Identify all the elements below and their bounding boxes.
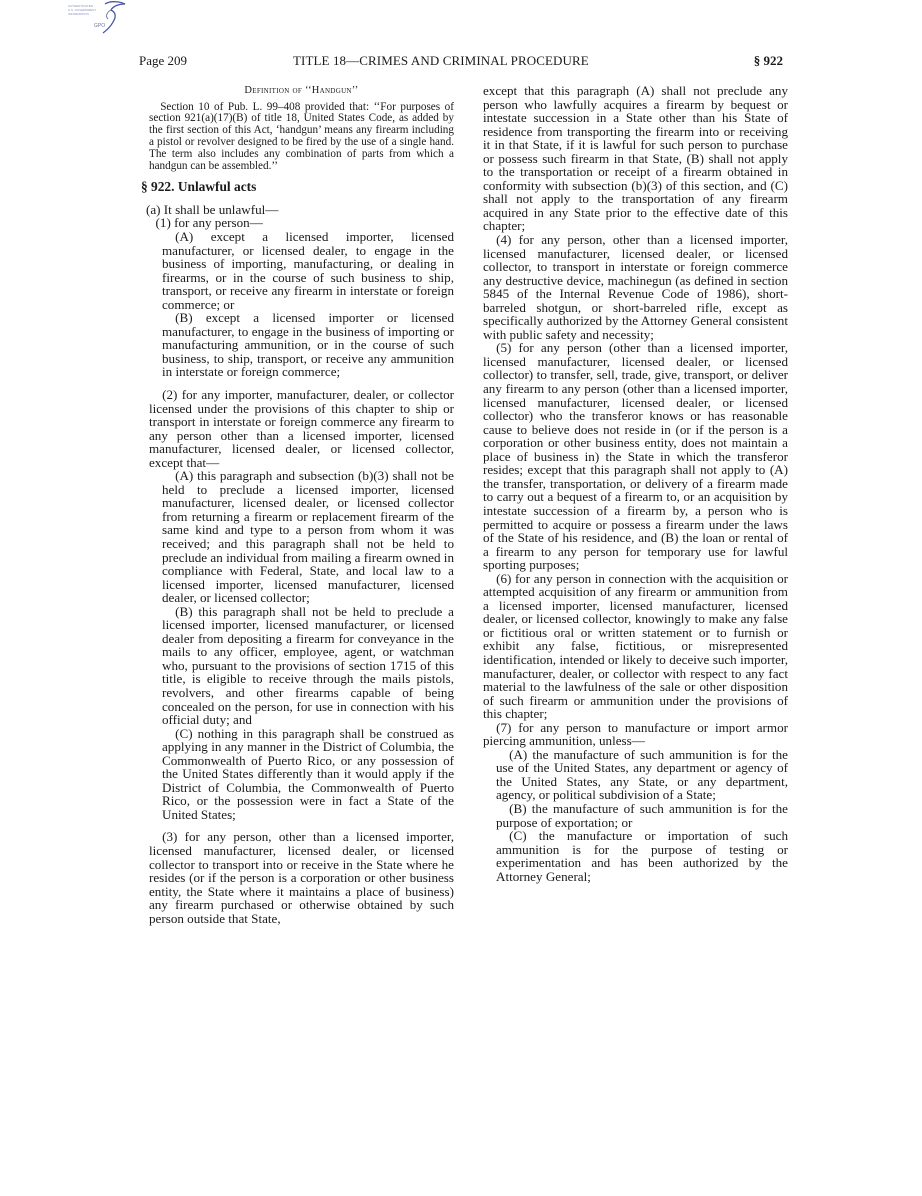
paragraph-2-C: (C) nothing in this paragraph shall be c… (162, 727, 454, 822)
paragraph-7-C: (C) the manufacture or importation of su… (496, 829, 788, 883)
right-column: except that this paragraph (A) shall not… (483, 84, 788, 883)
running-title: TITLE 18—CRIMES AND CRIMINAL PROCEDURE (293, 53, 589, 69)
paragraph-7-A: (A) the manufacture of such ammunition i… (496, 748, 788, 802)
paragraph-7-intro: (7) for any person to manufacture or imp… (483, 721, 788, 748)
paragraph-1-intro: (1) for any person— (149, 216, 454, 230)
note-heading: Definition of ‘‘Handgun’’ (149, 84, 454, 98)
note-body: Section 10 of Pub. L. 99–408 provided th… (149, 102, 454, 173)
paragraph-1-B: (B) except a licensed importer or licens… (162, 311, 454, 379)
paragraph-3-continued: except that this paragraph (A) shall not… (483, 84, 788, 233)
subsection-a-intro: (a) It shall be unlawful— (146, 203, 454, 217)
running-header: Page 209 TITLE 18—CRIMES AND CRIMINAL PR… (139, 53, 786, 69)
paragraph-2-intro: (2) for any importer, manufacturer, deal… (149, 388, 454, 469)
paragraph-5: (5) for any person (other than a license… (483, 341, 788, 571)
paragraph-3: (3) for any person, other than a license… (149, 830, 454, 925)
section-marker: § 922 (754, 53, 783, 69)
paragraph-1-A: (A) except a licensed importer, licensed… (162, 230, 454, 311)
paragraph-7-B: (B) the manufacture of such ammunition i… (496, 802, 788, 829)
left-column: Definition of ‘‘Handgun’’ Section 10 of … (149, 84, 454, 925)
paragraph-2-B: (B) this paragraph shall not be held to … (162, 605, 454, 727)
eagle-icon (99, 0, 129, 34)
page-number: Page 209 (139, 53, 187, 69)
paragraph-6: (6) for any person in connection with th… (483, 572, 788, 721)
paragraph-2-A: (A) this paragraph and subsection (b)(3)… (162, 469, 454, 604)
paragraph-4: (4) for any person, other than a license… (483, 233, 788, 341)
section-heading: § 922. Unlawful acts (141, 180, 454, 194)
gpo-authentication-logo: AUTHENTICATED U.S. GOVERNMENT INFORMATIO… (64, 0, 134, 36)
